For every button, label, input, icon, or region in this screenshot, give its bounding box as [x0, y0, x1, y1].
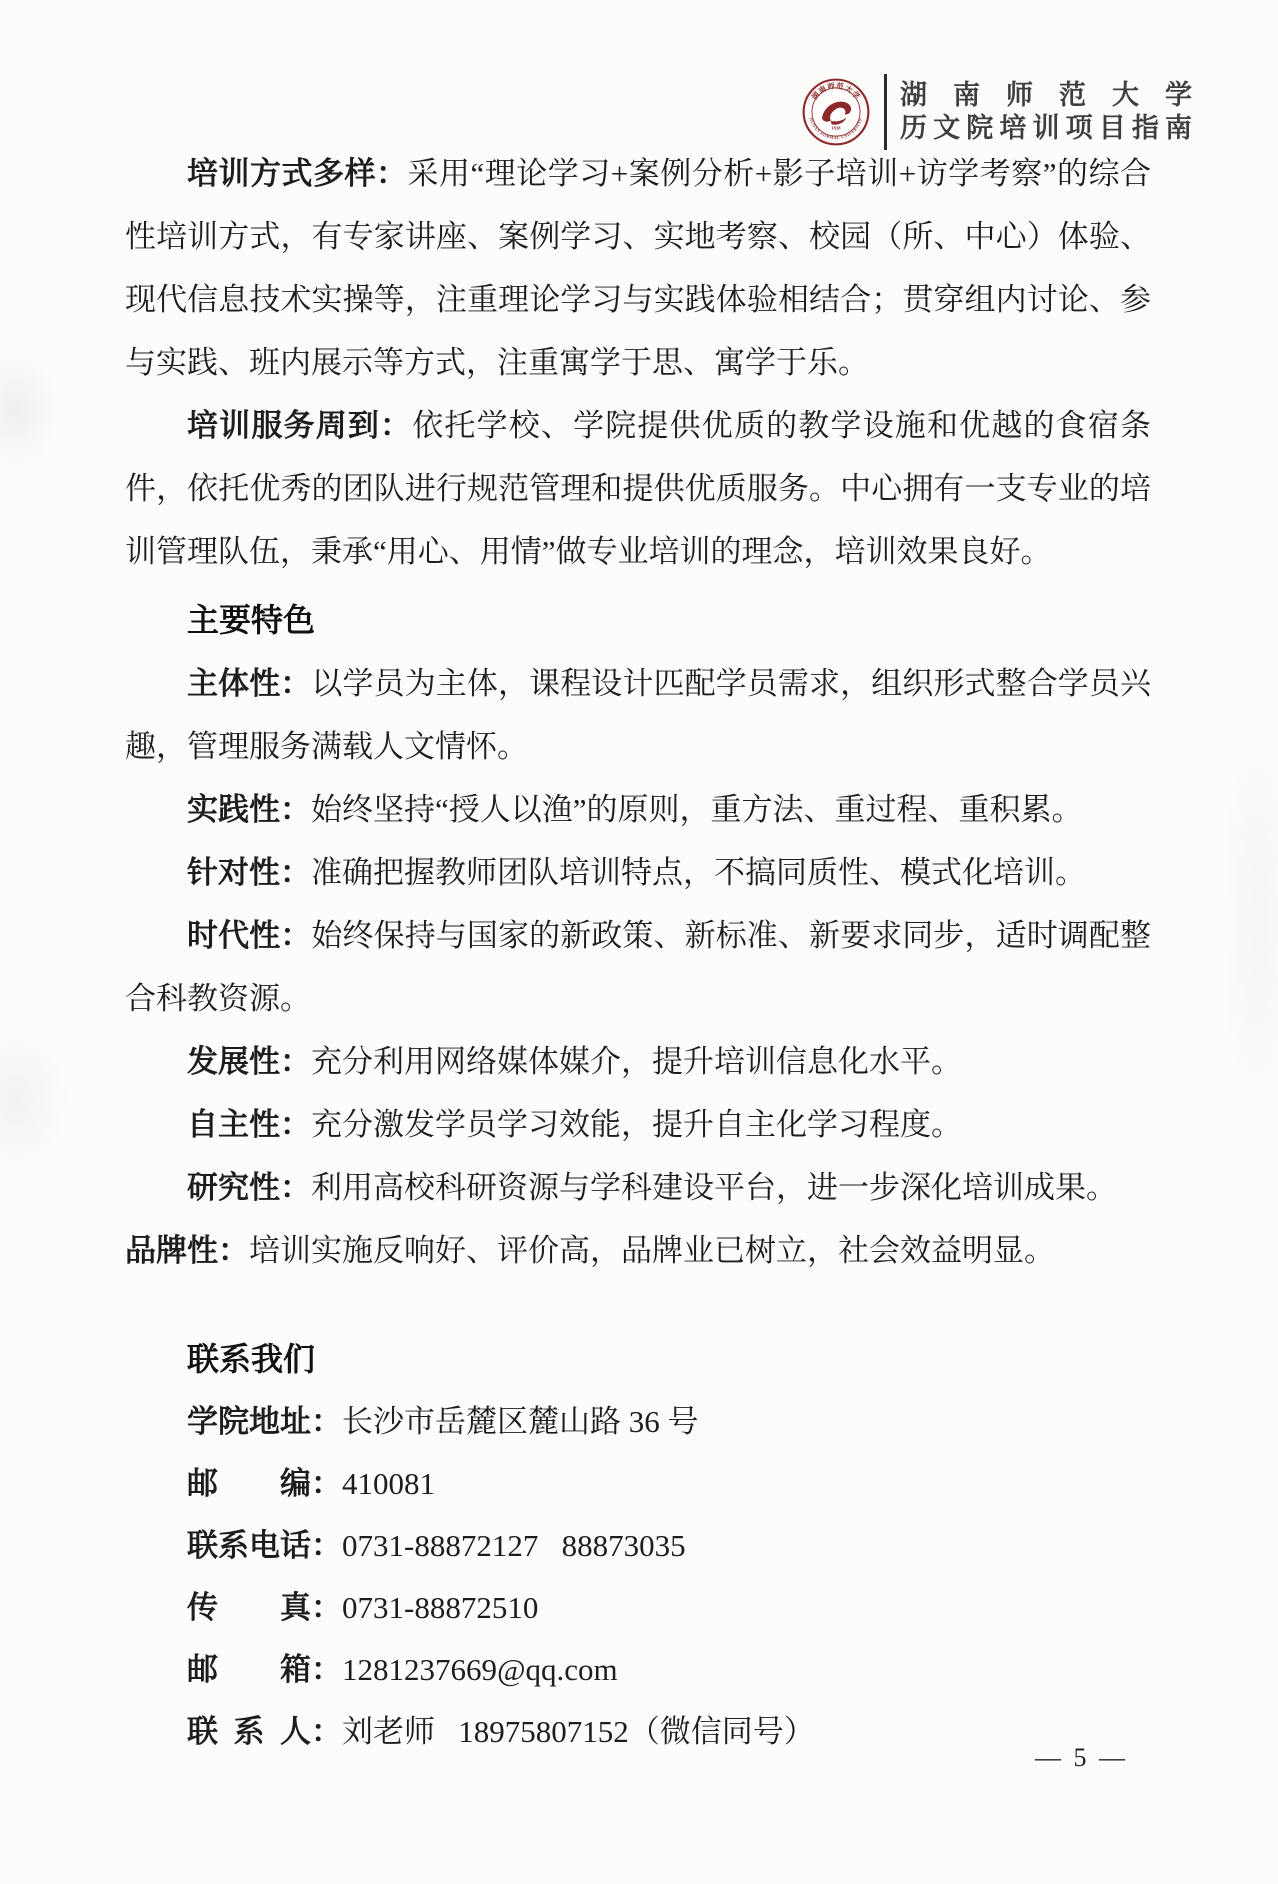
contact-colon: ： — [311, 1714, 342, 1749]
contact-row-postcode: 邮编：410081 — [125, 1453, 1151, 1515]
contact-row-person: 联系人：刘老师 18975807152（微信同号） — [125, 1701, 1151, 1763]
feature-lead: 品牌性： — [125, 1233, 249, 1268]
contact-label: 联系电话 — [187, 1515, 311, 1577]
feature-lead: 研究性： — [187, 1170, 311, 1205]
paragraph-lead: 培训方式多样： — [187, 156, 408, 191]
contact-label: 传真 — [187, 1577, 311, 1639]
contact-heading: 联系我们 — [125, 1328, 1151, 1391]
contact-value: 0731-88872510 — [342, 1590, 538, 1625]
page-header: 湖南师范大学 HUNAN NORMAL UNIVERSITY 1938 湖 南 … — [801, 74, 1192, 150]
contact-colon: ： — [311, 1652, 342, 1687]
guide-subtitle: 历文院培训项目指南 — [900, 112, 1192, 145]
features-heading: 主要特色 — [125, 589, 1151, 652]
feature-timeliness: 时代性：始终保持与国家的新政策、新标准、新要求同步，适时调配整合科教资源。 — [125, 904, 1151, 1030]
document-body: 培训方式多样：采用“理论学习+案例分析+影子培训+访学考察”的综合性培训方式，有… — [125, 142, 1151, 1763]
feature-lead: 自主性： — [187, 1107, 311, 1142]
feature-research: 研究性：利用高校科研资源与学科建设平台，进一步深化培训成果。 — [125, 1156, 1151, 1219]
feature-lead: 主体性： — [187, 666, 311, 701]
university-name: 湖 南 师 范 大 学 — [900, 79, 1192, 112]
feature-pertinence: 针对性：准确把握教师团队培训特点，不搞同质性、模式化培训。 — [125, 841, 1151, 904]
feature-text: 培训实施反响好、评价高，品牌业已树立，社会效益明显。 — [249, 1233, 1055, 1268]
contact-row-phone: 联系电话：0731-88872127 88873035 — [125, 1515, 1151, 1577]
header-divider — [884, 74, 887, 150]
header-title-block: 湖 南 师 范 大 学 历文院培训项目指南 — [900, 79, 1192, 145]
contact-label: 邮箱 — [187, 1639, 311, 1701]
contact-row-address: 学院地址：长沙市岳麓区麓山路 36 号 — [125, 1391, 1151, 1453]
contact-colon: ： — [311, 1528, 342, 1563]
feature-text: 充分利用网络媒体媒介，提升培训信息化水平。 — [311, 1044, 962, 1079]
paragraph-training-service: 培训服务周到：依托学校、学院提供优质的教学设施和优越的食宿条件，依托优秀的团队进… — [125, 394, 1151, 583]
contact-colon: ： — [311, 1466, 342, 1501]
contact-row-email: 邮箱：1281237669@qq.com — [125, 1639, 1151, 1701]
paragraph-training-methods: 培训方式多样：采用“理论学习+案例分析+影子培训+访学考察”的综合性培训方式，有… — [125, 142, 1151, 394]
university-seal-icon: 湖南师范大学 HUNAN NORMAL UNIVERSITY 1938 — [801, 77, 871, 147]
scan-artifact — [0, 350, 60, 470]
scan-artifact — [0, 1030, 70, 1170]
contact-row-fax: 传真：0731-88872510 — [125, 1577, 1151, 1639]
contact-value: 长沙市岳麓区麓山路 36 号 — [342, 1404, 699, 1439]
feature-lead: 实践性： — [187, 792, 311, 827]
feature-lead: 发展性： — [187, 1044, 311, 1079]
feature-text: 利用高校科研资源与学科建设平台，进一步深化培训成果。 — [311, 1170, 1117, 1205]
contact-label: 联系人 — [187, 1701, 311, 1763]
contact-label: 学院地址 — [187, 1391, 311, 1453]
feature-text: 充分激发学员学习效能，提升自主化学习程度。 — [311, 1107, 962, 1142]
feature-subjectivity: 主体性：以学员为主体，课程设计匹配学员需求，组织形式整合学员兴趣，管理服务满载人… — [125, 652, 1151, 778]
document-page: 湖南师范大学 HUNAN NORMAL UNIVERSITY 1938 湖 南 … — [0, 0, 1278, 1884]
feature-practicality: 实践性：始终坚持“授人以渔”的原则，重方法、重过程、重积累。 — [125, 778, 1151, 841]
contact-block: 学院地址：长沙市岳麓区麓山路 36 号 邮编：410081 联系电话：0731-… — [125, 1391, 1151, 1763]
contact-value: 1281237669@qq.com — [342, 1652, 618, 1687]
feature-text: 准确把握教师团队培训特点，不搞同质性、模式化培训。 — [311, 855, 1086, 890]
feature-autonomy: 自主性：充分激发学员学习效能，提升自主化学习程度。 — [125, 1093, 1151, 1156]
feature-lead: 时代性： — [187, 918, 311, 953]
svg-text:1938: 1938 — [831, 126, 841, 131]
feature-brand: 品牌性：培训实施反响好、评价高，品牌业已树立，社会效益明显。 — [125, 1219, 1151, 1282]
contact-colon: ： — [311, 1590, 342, 1625]
scan-artifact — [1218, 720, 1278, 1120]
feature-lead: 针对性： — [187, 855, 311, 890]
contact-value: 刘老师 18975807152（微信同号） — [342, 1714, 815, 1749]
contact-value: 410081 — [342, 1466, 435, 1501]
page-number: — 5 — — [1035, 1743, 1128, 1773]
contact-value: 0731-88872127 88873035 — [342, 1528, 686, 1563]
feature-development: 发展性：充分利用网络媒体媒介，提升培训信息化水平。 — [125, 1030, 1151, 1093]
paragraph-lead: 培训服务周到： — [187, 408, 412, 443]
feature-text: 始终坚持“授人以渔”的原则，重方法、重过程、重积累。 — [311, 792, 1083, 827]
contact-colon: ： — [311, 1404, 342, 1439]
contact-label: 邮编 — [187, 1453, 311, 1515]
